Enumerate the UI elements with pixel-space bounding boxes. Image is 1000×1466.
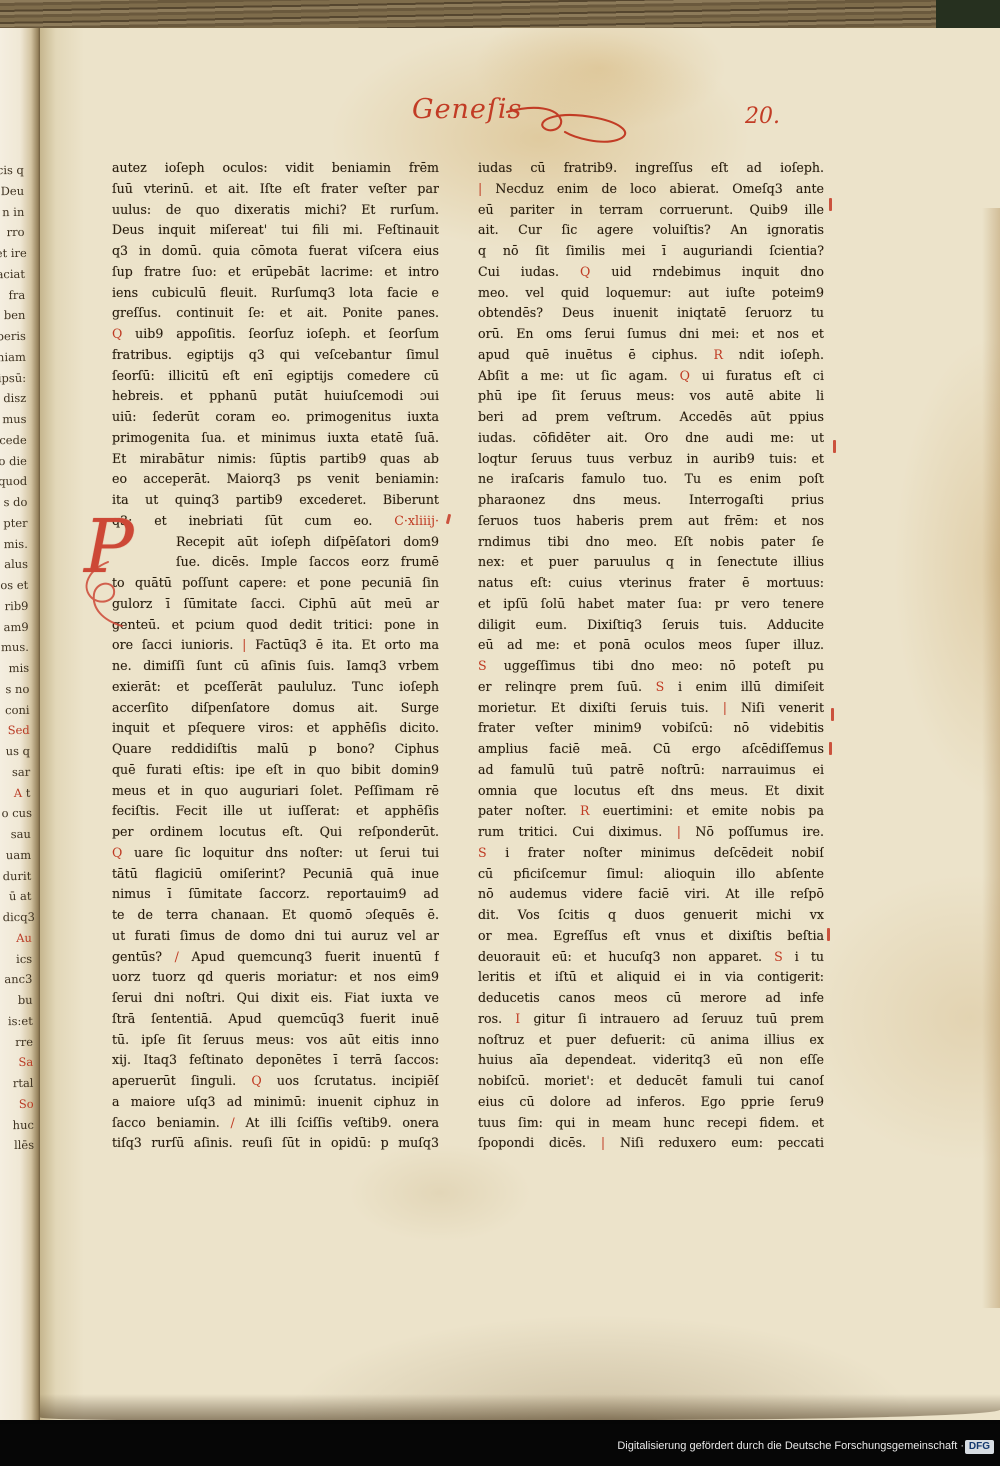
text-line: xij. Itaq3 feſtinato deponētes ī terrā ſ… <box>112 1050 439 1071</box>
text-line: ne. dimiſſi ſunt cū aſinis ſuis. Iamq3 v… <box>112 656 439 677</box>
text-line: gulorz ī ſūmitate ſacci. Ciphū aūt meū a… <box>112 594 439 615</box>
gutter-fragment: sau <box>2 824 36 845</box>
text-line: ſue. dicēs. Imple ſaccos eorz frumē <box>112 552 439 573</box>
text-line: Q uare ſic loquitur dns noſter: ut ſerui… <box>112 843 439 864</box>
gutter-fragment: aciat <box>0 264 30 285</box>
rubric-tick <box>829 742 832 755</box>
text-line: S uggeſſimus tibi dno meo: nō poteſt pu <box>478 656 824 677</box>
text-line: ne iraſcaris famulo tuo. Tu es enim poſt <box>478 469 824 490</box>
text-line: ut furati ſimus de domo dni tui auruz ve… <box>112 926 439 947</box>
gutter-fragment: uam <box>2 845 36 866</box>
text-line: morietur. Et dixiſti ſeruis tuis. | Niſi… <box>478 698 824 719</box>
text-column-right: iudas cū fratrib9. ingreſſus eſt ad ioſe… <box>478 158 824 1154</box>
text-line: dit. Vos ſcitis q duos genuerit michi vx <box>478 905 824 926</box>
text-line: natus eſt: cuius vterinus frater ē mortu… <box>478 573 824 594</box>
text-line: iudas cū fratrib9. ingreſſus eſt ad ioſe… <box>478 158 824 179</box>
gutter-fragment: fra <box>0 284 30 305</box>
text-line: per ordinem locutus eſt. Qui reſponderūt… <box>112 822 439 843</box>
gutter-fragment: s no <box>0 679 34 700</box>
gutter-fragment: rro <box>0 222 30 243</box>
text-line: autez ioſeph oculos: vidit beniamin frēm <box>112 158 439 179</box>
gutter-fragment: disz <box>0 388 31 409</box>
text-line: q3 in domū. quia cōmota fuerat viſcera e… <box>112 241 439 262</box>
text-line: accerſito diſpenſatore domus ait. Surge <box>112 698 439 719</box>
gutter-fragment: s do <box>0 492 32 513</box>
text-line: ſtrā ſententiā. Apud quemcūq3 fuerit inu… <box>112 1009 439 1030</box>
gutter-fragment: niam <box>0 347 31 368</box>
gutter-fragment: pter <box>0 513 33 534</box>
folio-number: 20. <box>745 104 780 129</box>
background-corner <box>936 0 1000 30</box>
text-line: ſeorſū: illicitū eſt enī egiptijs comede… <box>112 366 439 387</box>
text-line: tātū flagiciū omiſerint? Pecuniā quā inu… <box>112 864 439 885</box>
text-line: greſſus. continuit ſe: et ait. Ponite pa… <box>112 303 439 324</box>
gutter-fragment: anc3 <box>3 969 37 990</box>
text-line: a maiore uſq3 ad minimū: inuenit ciphuz … <box>112 1092 439 1113</box>
text-line: ſuū vterinū. et ait. Iſte eſt frater veſ… <box>112 179 439 200</box>
text-line: feciſtis. Fecit ille ut iuſſerat: et app… <box>112 801 439 822</box>
text-line: ſerui dni noſtri. Qui dixit eis. Fiat iu… <box>112 988 439 1009</box>
text-line: rum tritici. Cui diximus. | Nō poſſumus … <box>478 822 824 843</box>
text-line: er relinqre prem ſuū. S i enim illū dimi… <box>478 677 824 698</box>
gutter-fragment: rib9 <box>0 596 34 617</box>
text-line: loqtur ſeruus tuus verbuz in aurib9 tuis… <box>478 449 824 470</box>
gutter-fragment: ben <box>0 305 31 326</box>
gutter-fragment: dicq3 <box>3 907 37 928</box>
text-line: pater noſter. R euertimini: et emite nob… <box>478 801 824 822</box>
text-line: uorz tuorz qd queris moriatur: et nos ei… <box>112 967 439 988</box>
digitization-credit: Digitalisierung gefördert durch die Deut… <box>617 1440 964 1452</box>
text-line: ros. I gitur ſi intrauero ad ſeruuz tuū … <box>478 1009 824 1030</box>
text-line: iudas. cōfidēter ait. Oro dne audi me: u… <box>478 428 824 449</box>
text-line: nimus ī ſūmitate ſaccorz. reportauim9 ad <box>112 884 439 905</box>
text-line: pharaonez dns meus. Interrogaſti prius <box>478 490 824 511</box>
gutter-fragment: is:et <box>4 1011 38 1032</box>
text-line: Quare reddidiſtis malū p bono? Ciphus <box>112 739 439 760</box>
text-line: genteū. et pcium quod dedit tritici: pon… <box>112 615 439 636</box>
text-line: ad famulū tuū patrē noſtrū: narrauimus e… <box>478 760 824 781</box>
text-line: eo acceperāt. Maiorq3 ps venit beniamin: <box>112 469 439 490</box>
gutter-fragment: mus. <box>0 637 34 658</box>
text-line: q3: et inebriati ſūt cum eo. C·xliiij· <box>112 511 439 532</box>
gutter-fragment: bu <box>3 990 37 1011</box>
text-line: omnia que locutus eſt dns meus. Et dixit <box>478 781 824 802</box>
gutter-fragment: coni <box>0 699 34 720</box>
gutter-fragment: quod <box>0 471 32 492</box>
gutter-fragment: mis. <box>0 533 33 554</box>
gutter-fragment: am9 <box>0 616 34 637</box>
text-line: amplius faciē meā. Cū ergo aſcēdiſſemus <box>478 739 824 760</box>
gutter-fragment: A t <box>1 782 35 803</box>
gutter-fragment: et ire <box>0 243 30 264</box>
text-line: ſpopondi dicēs. | Niſi reduxero eum: pec… <box>478 1133 824 1154</box>
gutter-fragment: beris <box>0 326 31 347</box>
text-line: frater veſter minim9 vobiſcū: nō videbit… <box>478 718 824 739</box>
gutter-fragment: ipsū: <box>0 367 31 388</box>
text-line: q nō ſit ſimilis mei ī auguriandi ſcient… <box>478 241 824 262</box>
text-line: phū ipe ſit ſeruus meus: vos autē abite … <box>478 386 824 407</box>
text-line: gentūs? / Apud quemcunq3 fuerit inuentū … <box>112 947 439 968</box>
page-bottom-shadow <box>40 1394 1000 1420</box>
text-line: ſup fratre ſuo: et erūpebāt lacrime: et … <box>112 262 439 283</box>
rubric-tick <box>833 440 836 453</box>
text-line: te de terra chanaan. Et quomō ɔſequēs ē. <box>112 905 439 926</box>
text-line: nex: et puer paruulus q in ſenectute ill… <box>478 552 824 573</box>
gutter-fragment: cis q <box>0 160 29 181</box>
rubric-tick <box>831 708 834 721</box>
dfg-logo: DFG <box>965 1440 994 1454</box>
gutter-fragment: rre <box>4 1031 38 1052</box>
gutter-fragment: cede <box>0 430 32 451</box>
text-line: orū. En oms ſerui ſumus dni mei: et nos … <box>478 324 824 345</box>
text-line: exierāt: et pceſſerāt paululuz. Tunc ioſ… <box>112 677 439 698</box>
gutter-fragment: ics <box>3 948 37 969</box>
text-line: obtendēs? Deus inuenit iniqtatē ſeruorz … <box>478 303 824 324</box>
text-line: nobiſcū. moriet': et deducēt famuli tui … <box>478 1071 824 1092</box>
text-line: S i frater noſter minimus deſcēdeit nobi… <box>478 843 824 864</box>
text-column-left: autez ioſeph oculos: vidit beniamin frēm… <box>112 158 439 1154</box>
gutter-fragment: sar <box>1 762 35 783</box>
gutter-fragment: huc <box>5 1114 39 1135</box>
text-line: cū pficiſcemur ſimul: alioquin illo abſe… <box>478 864 824 885</box>
text-line: | Necduz enim de loco abierat. Omeſq3 an… <box>478 179 824 200</box>
text-line: beri ad prem veſtrum. Accedēs aūt ppius <box>478 407 824 428</box>
text-line: leritis et iſtū et aliquid ei in via con… <box>478 967 824 988</box>
text-line: Et mirabātur nimis: ſūptis partib9 quas … <box>112 449 439 470</box>
text-line: eū ad me: et ponā oculos meos ſuper illu… <box>478 635 824 656</box>
text-line: et ipſū ſolū habet mater ſua: pr vero te… <box>478 594 824 615</box>
text-line: deducetis canos meos cū merore ad infe <box>478 988 824 1009</box>
text-line: uulus: de quo dixeratis michi? Et rurſum… <box>112 200 439 221</box>
text-line: quē furati eſtis: ipe eſt in quo bibit d… <box>112 760 439 781</box>
initial-pen-flourish <box>78 560 138 630</box>
page-edge-stain <box>982 208 1000 1308</box>
text-line: rndimus tibi dno meo. Eſt nobis pater ſe <box>478 532 824 553</box>
gutter-fragment: rtal <box>4 1073 38 1094</box>
text-line: aperuerūt ſinguli. Q uos ſcrutatus. inci… <box>112 1071 439 1092</box>
text-line: fratribus. egiptijs q3 qui veſcebantur ſ… <box>112 345 439 366</box>
gutter-fragment: os et <box>0 575 33 596</box>
facing-page-text-fragments: cis qDeun inrroet ireaciatfrabenberisnia… <box>0 160 39 1156</box>
text-line: hebreis. et pphanū putāt huiuſcemodi ɔui <box>112 386 439 407</box>
title-swash-flourish <box>505 104 645 150</box>
text-line: iens cubiculū fleuit. Rurſumq3 lota faci… <box>112 283 439 304</box>
text-line: eius cū dolore ad inferos. Ego pprie ſer… <box>478 1092 824 1113</box>
gutter-fragment: us q <box>1 741 35 762</box>
text-line: meus et in quo auguriari ſolet. Peſſimam… <box>112 781 439 802</box>
text-line: meo. vel quid loquemur: aut iuſte poteim… <box>478 283 824 304</box>
text-line: uiū: ſederūt coram eo. primogenitus iuxt… <box>112 407 439 428</box>
text-line: deuorauit eū: et hucuſq3 non apparet. S … <box>478 947 824 968</box>
gutter-fragment: ū at <box>2 886 36 907</box>
text-line: Deus inquit miſereat' tui fili mi. Feſti… <box>112 220 439 241</box>
gutter-fragment: Deu <box>0 181 29 202</box>
text-line: ait. Cur ſic agere voluiſtis? An ignorat… <box>478 220 824 241</box>
text-line: ita ut quinq3 partib9 excederet. Biberun… <box>112 490 439 511</box>
text-line: nō audemus videre faciē viri. At ille re… <box>478 884 824 905</box>
gutter-fragment: Sed <box>1 720 35 741</box>
gutter-fragment: Sa <box>4 1052 38 1073</box>
text-line: apud quē inuētus ē ciphus. R ndit ioſeph… <box>478 345 824 366</box>
digitization-bar: Digitalisierung gefördert durch die Deut… <box>0 1424 1000 1466</box>
text-line: huius aīa dependeat. videritq3 eū non eſ… <box>478 1050 824 1071</box>
text-line: primogenita ſua. et minimus iuxta etatē … <box>112 428 439 449</box>
text-line: eū pariter in terram corruerunt. Quib9 i… <box>478 200 824 221</box>
text-line: diligit eum. Dixiſtiq3 ſeruis tuis. Addu… <box>478 615 824 636</box>
text-line: ſeruos tuos haberis prem aut frēm: et no… <box>478 511 824 532</box>
gutter-fragment: alus <box>0 554 33 575</box>
gutter-fragment: llēs <box>5 1135 39 1156</box>
gutter-fragment: mis <box>0 658 34 679</box>
gutter-fragment: n in <box>0 201 29 222</box>
text-line: ore ſacci iunioris. | Factūq3 ē ita. Et … <box>112 635 439 656</box>
text-line: or mea. Egreſſus eſt vnus et dixiſtis be… <box>478 926 824 947</box>
text-line: Abſit a me: ut ſic agam. Q ui furatus eſ… <box>478 366 824 387</box>
rubric-tick <box>827 928 830 941</box>
gutter-fragment: Au <box>3 928 37 949</box>
text-line: tiſq3 rurſū aſinis. reuſi ſūt in opidū: … <box>112 1133 439 1154</box>
gutter-facing-page: cis qDeun inrroet ireaciatfrabenberisnia… <box>0 28 40 1420</box>
gutter-fragment: mus <box>0 409 32 430</box>
gutter-fragment: durit <box>2 865 36 886</box>
gutter-fragment: So <box>5 1094 39 1115</box>
text-line: to quātū poſſunt capere: et pone pecuniā… <box>112 573 439 594</box>
text-line: noſtruz et puer defuerit: cū anima illiu… <box>478 1030 824 1051</box>
text-line: ſacco beniamin. / At illi ſciſſis veſtib… <box>112 1113 439 1134</box>
digitized-manuscript-page: { "ink_color": "#281d0e", "rubric_color"… <box>0 0 1000 1466</box>
rubric-tick <box>829 198 832 211</box>
text-line: inquit et pſequere viros: et apphēſis di… <box>112 718 439 739</box>
text-line: tū. ipſe ſit ſeruus meus: vos aūt eitis … <box>112 1030 439 1051</box>
text-line: Cui iudas. Q uid rndebimus inquit dno <box>478 262 824 283</box>
gutter-fragment: o cus <box>2 803 36 824</box>
text-line: tuus ſim: qui in meam hunc recepi fidem.… <box>478 1113 824 1134</box>
text-line: Q uib9 appoſitis. ſeorſuz ioſeph. et ſeo… <box>112 324 439 345</box>
gutter-fragment: o die <box>0 450 32 471</box>
text-line: Recepit aūt ioſeph diſpēſatori dom9 <box>112 532 439 553</box>
